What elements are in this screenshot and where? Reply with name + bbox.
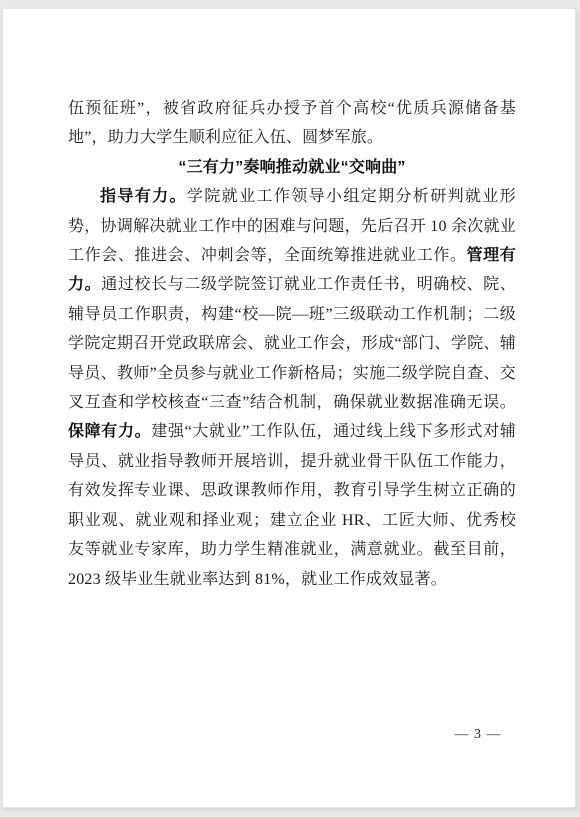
page-number: — 3 —	[428, 725, 528, 745]
text-segment: 建强“大就业”工作队伍，通过线上线下多形式对辅导员、就业指导教师开展培训，提升就…	[68, 423, 516, 587]
text-segment-bold: 保障有力。	[68, 423, 151, 440]
paragraph: 指导有力。学院就业工作领导小组定期分析研判就业形势，协调解决就业工作中的困难与问…	[68, 182, 516, 594]
document-body: 伍预征班”，被省政府征兵办授予首个高校“优质兵源储备基地”，助力大学生顺利应征入…	[68, 94, 516, 594]
text-segment-bold: 指导有力。	[100, 188, 187, 205]
text-segment: 伍预征班”，被省政府征兵办授予首个高校“优质兵源储备基地”，助力大学生顺利应征入…	[68, 100, 516, 146]
text-segment-bold: “三有力”奏响推动就业“交响曲”	[178, 159, 405, 176]
text-segment: 通过校长与二级学院签订就业工作责任书，明确校、院、辅导员工作职责，构建“校—院—…	[68, 276, 516, 411]
section-heading: “三有力”奏响推动就业“交响曲”	[68, 153, 516, 182]
paragraph: 伍预征班”，被省政府征兵办授予首个高校“优质兵源储备基地”，助力大学生顺利应征入…	[68, 94, 516, 153]
document-page: 伍预征班”，被省政府征兵办授予首个高校“优质兵源储备基地”，助力大学生顺利应征入…	[2, 8, 576, 808]
